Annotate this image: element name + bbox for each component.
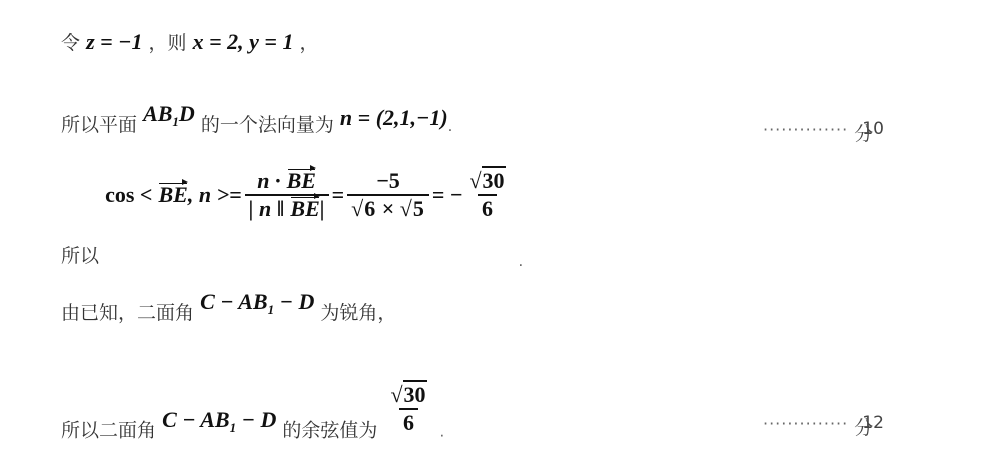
math-plane-ab1d: AB1D (143, 104, 195, 126)
text-period: . (440, 425, 444, 441)
math-xy-values: x = 2, y = 1 (193, 29, 294, 54)
leader-dots: ·············· (763, 120, 848, 139)
text-period: . (448, 119, 452, 135)
fraction-final-answer: √30 6 (386, 382, 430, 436)
text-ze: ，则 (149, 32, 187, 54)
text-acute-angle: 为锐角， (320, 302, 396, 324)
score-marker-12: ·············· 分12 (763, 412, 882, 434)
solution-line-1: 令 z = −1 ，则 x = 2, y = 1 ， (61, 28, 319, 55)
math-cosine-equation: cos < BE , n >= n · BE | n ‖ BE| = −5 √6… (105, 168, 512, 222)
leader-dots: ·············· (763, 414, 848, 433)
text-ling: 令 (61, 32, 80, 54)
math-dihedral-angle: C − AB1 − D (200, 292, 314, 314)
math-normal-vector: n = (2,1,−1) (340, 105, 448, 130)
solution-line-5: 所以二面角 C − AB1 − D 的余弦值为 √30 6 . (61, 404, 444, 456)
math-z-value: z = −1 (86, 29, 142, 54)
vector-be: BE (158, 182, 187, 208)
text-comma: ， (300, 32, 319, 54)
text-youyizhi: 由已知，二面角 (61, 302, 194, 324)
text-suoyi-pingmian: 所以平面 (61, 114, 137, 136)
math-dihedral-angle: C − AB1 − D (162, 410, 276, 432)
fraction-numeric: −5 √6 × √5 (347, 168, 429, 222)
score-marker-10: ·············· 分10 (763, 118, 882, 140)
text-normal-vector: 的一个法向量为 (201, 114, 334, 136)
solution-line-2: 所以平面 AB1D 的一个法向量为 n = (2,1,−1). (61, 110, 452, 137)
text-cosine-value: 的余弦值为 (282, 420, 377, 442)
text-period: . (519, 254, 523, 270)
text-suoyi-ermianjiao: 所以二面角 (61, 420, 156, 442)
solution-line-4: 由已知，二面角 C − AB1 − D 为锐角， (61, 298, 396, 325)
fraction-result: √30 6 (465, 168, 509, 222)
solution-line-3: 所以 cos < BE , n >= n · BE | n ‖ BE| = −5… (61, 172, 523, 226)
text-suoyi: 所以 (61, 245, 99, 267)
fraction-dot-product: n · BE | n ‖ BE| (245, 168, 329, 222)
